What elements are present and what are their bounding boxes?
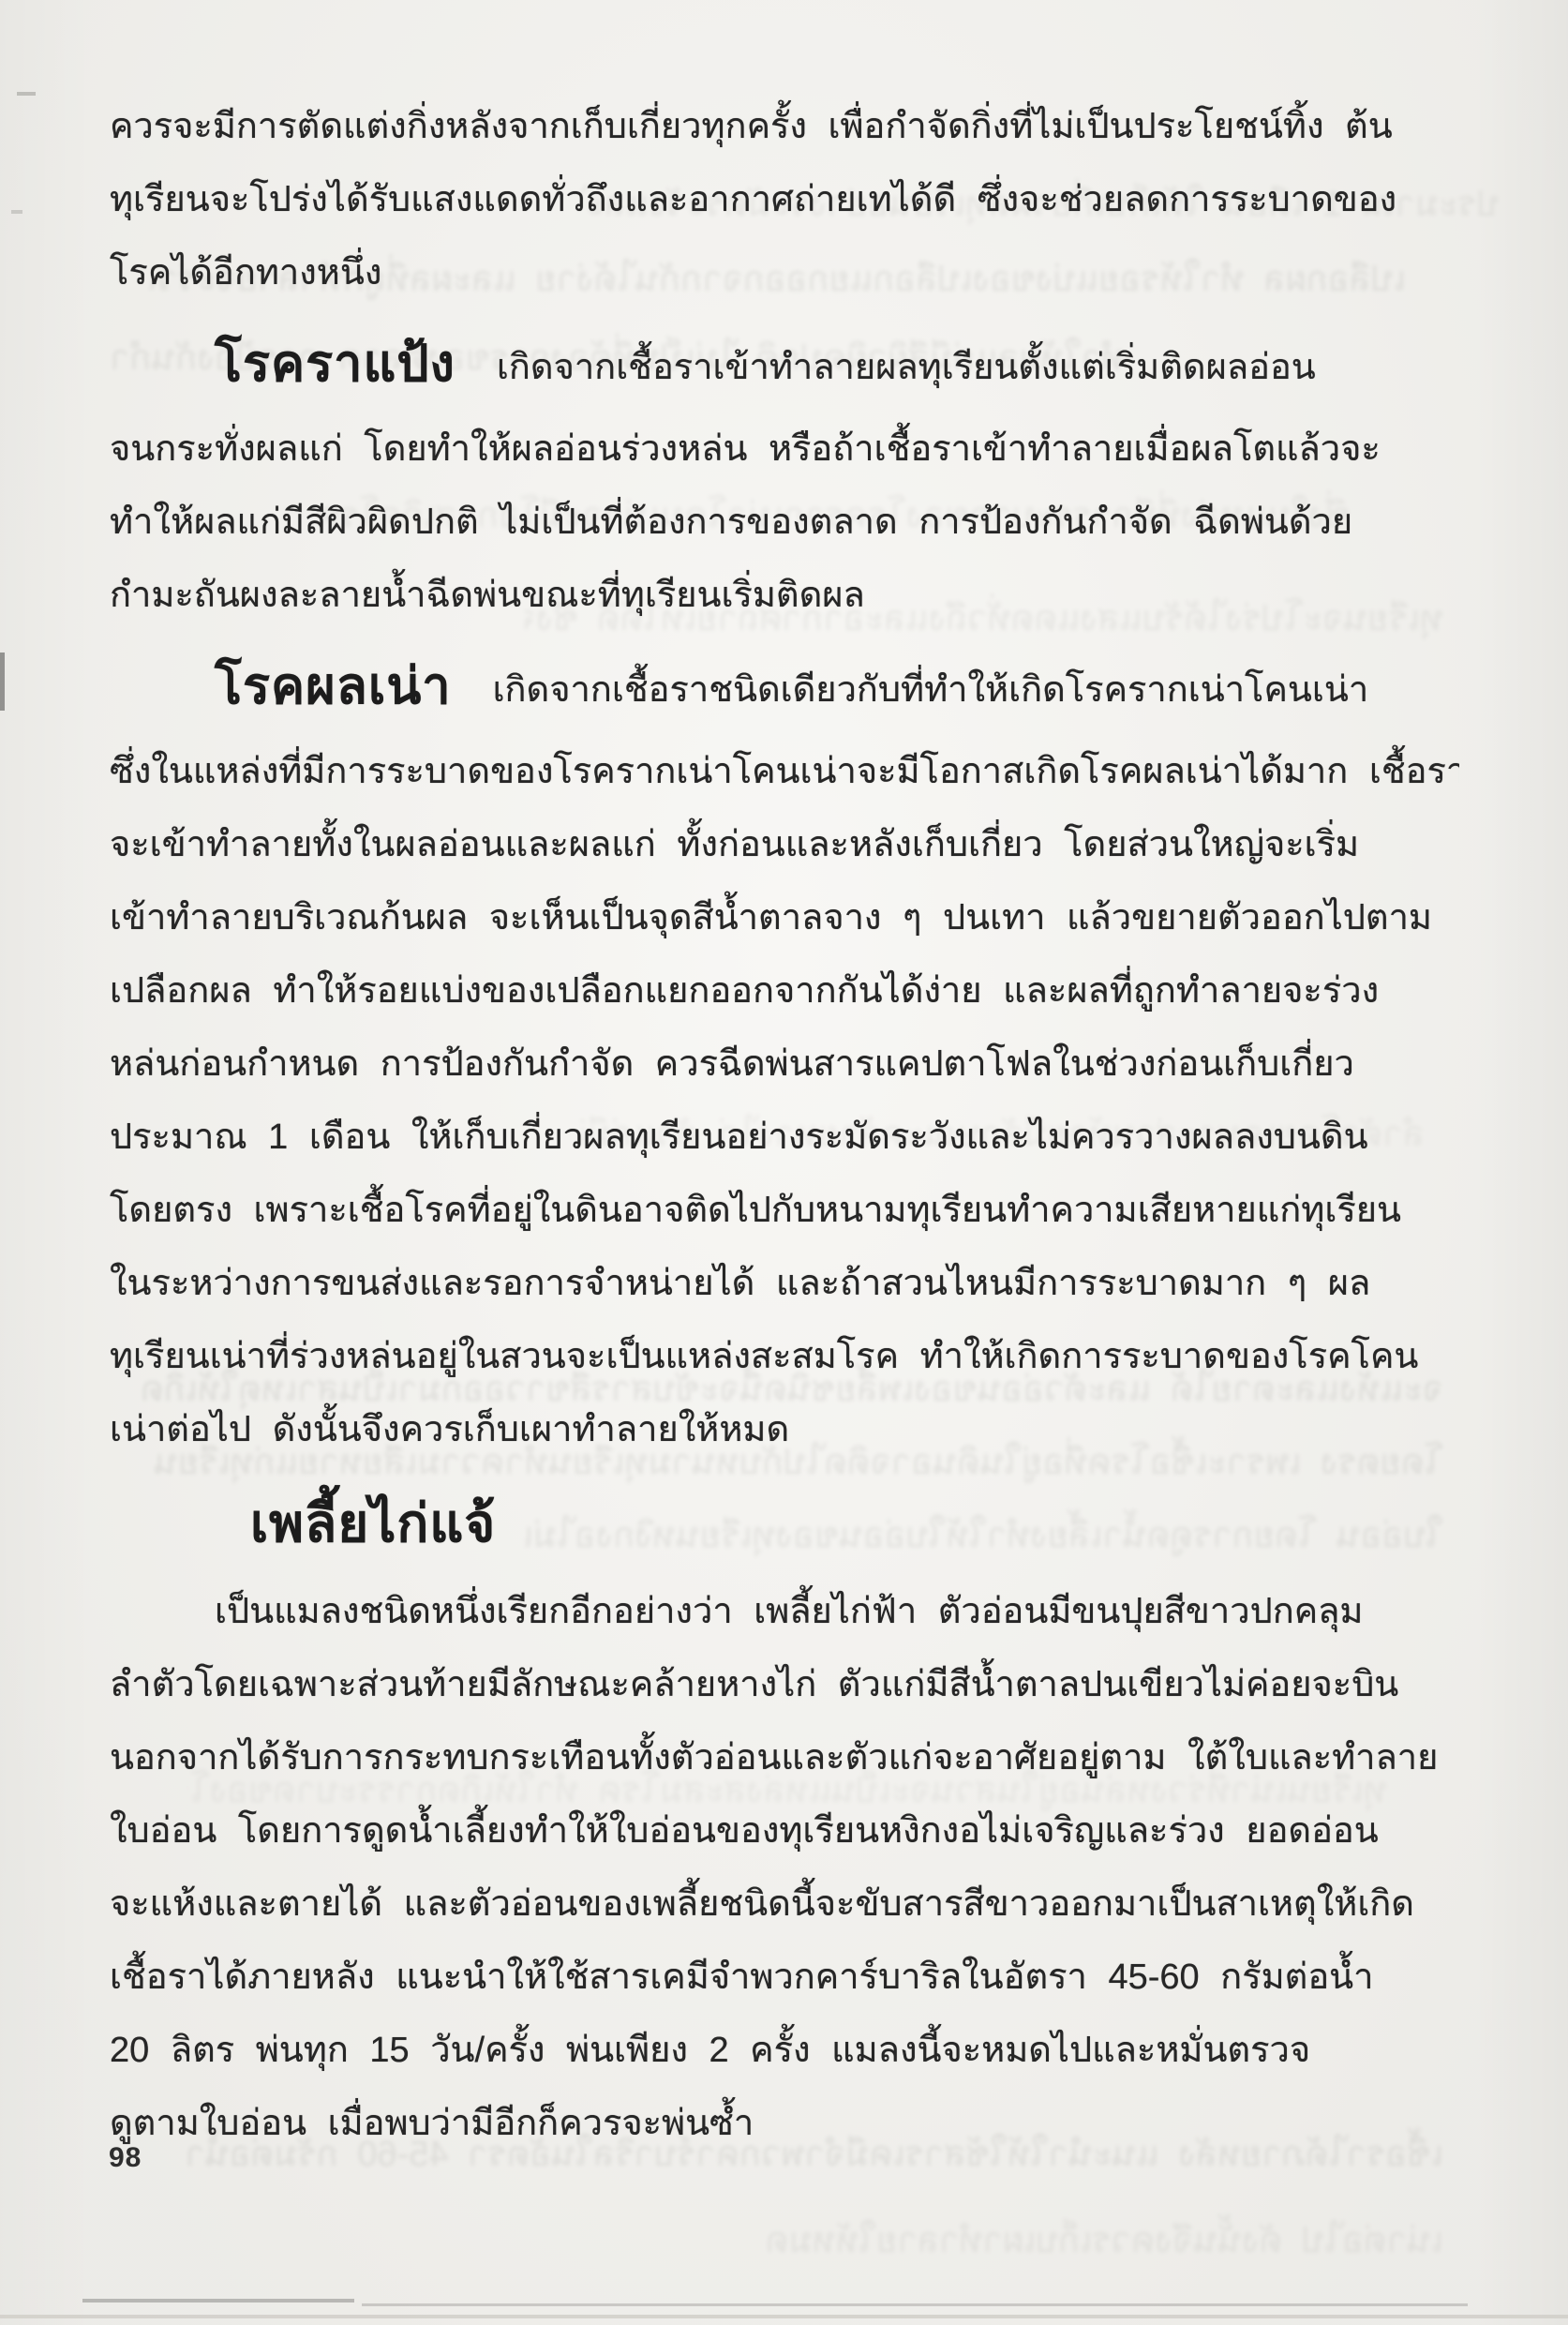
- scan-edge-line: [362, 2303, 1468, 2306]
- text-line: โดยตรง เพราะเชื้อโรคที่อยู่ในดินอาจติดไป…: [110, 1174, 1459, 1247]
- heading-powdery-mildew: โรคราแป้ง: [215, 336, 455, 392]
- section-powdery-mildew-lead-line: โรคราแป้งเกิดจากเชื้อราเข้าทำลายผลทุเรีย…: [110, 315, 1459, 412]
- text-line: จะแห้งและตายได้ และตัวอ่อนของเพลี้ยชนิดน…: [110, 1867, 1459, 1941]
- scan-artifact-mark: [0, 652, 5, 711]
- text-line: ลำตัวโดยเฉพาะส่วนท้ายมีลักษณะคล้ายหางไก่…: [110, 1648, 1459, 1721]
- scan-edge-line: [82, 2299, 354, 2302]
- text-line: กำมะถันผงละลายน้ำฉีดพ่นขณะที่ทุเรียนเริ่…: [110, 559, 1459, 632]
- text-line: ทุเรียนเน่าที่ร่วงหล่นอยู่ในสวนจะเป็นแหล…: [110, 1320, 1459, 1393]
- text-line: ประมาณ 1 เดือน ให้เก็บเกี่ยวผลทุเรียนอย่…: [110, 1101, 1459, 1174]
- section-lead-text: เกิดจากเชื้อราเข้าทำลายผลทุเรียนตั้งแต่เ…: [497, 348, 1316, 387]
- text-line: โรคได้อีกทางหนึ่ง: [110, 236, 1459, 309]
- text-line: นอกจากได้รับการกระทบกระเทือนทั้งตัวอ่อนแ…: [110, 1721, 1459, 1794]
- text-line: หล่นก่อนกำหนด การป้องกันกำจัด ควรฉีดพ่นส…: [110, 1027, 1459, 1101]
- scan-artifact-mark: [17, 92, 36, 96]
- text-line: เน่าต่อไป ดังนั้นจึงควรเก็บเผาทำลายให้หม…: [110, 1393, 1459, 1466]
- heading-fruit-rot: โรคผลเน่า: [215, 658, 452, 714]
- section-lead-text: เกิดจากเชื้อราชนิดเดียวกับที่ทำให้เกิดโร…: [493, 670, 1369, 710]
- text-line: เปลือกผล ทำให้รอยแบ่งของเปลือกแยกออกจากก…: [110, 954, 1459, 1027]
- text-line: เป็นแมลงชนิดหนึ่งเรียกอีกอย่างว่า เพลี้ย…: [110, 1575, 1459, 1648]
- text-line: ทุเรียนจะโปร่งได้รับแสงแดดทั่วถึงและอากา…: [110, 163, 1459, 236]
- text-line: จะเข้าทำลายทั้งในผลอ่อนและผลแก่ ทั้งก่อน…: [110, 808, 1459, 881]
- text-line: ทำให้ผลแก่มีสีผิวผิดปกติ ไม่เป็นที่ต้องก…: [110, 486, 1459, 559]
- heading-durian-psyllid: เพลี้ยไก่แจ้: [110, 1472, 1459, 1575]
- text-line: เข้าทำลายบริเวณก้นผล จะเห็นเป็นจุดสีน้ำต…: [110, 881, 1459, 954]
- scanned-page: ประมาณ 1 เดือน ให้เก็บเกี่ยวผลทุเรียนอย่…: [0, 0, 1568, 2325]
- text-line: ใบอ่อน โดยการดูดน้ำเลี้ยงทำให้ใบอ่อนของท…: [110, 1794, 1459, 1867]
- bleed-through-text: เน่าต่อไป ดังนั้นจึงควรเก็บเผาทำลายให้หม…: [581, 2212, 1443, 2269]
- page-number: 98: [109, 2142, 142, 2174]
- text-line: ในระหว่างการขนส่งและรอการจำหน่ายได้ และถ…: [110, 1247, 1459, 1320]
- scan-artifact-mark: [11, 210, 22, 214]
- section-fruit-rot-lead-line: โรคผลเน่าเกิดจากเชื้อราชนิดเดียวกับที่ทำ…: [110, 637, 1459, 735]
- text-line: ควรจะมีการตัดแต่งกิ่งหลังจากเก็บเกี่ยวทุ…: [110, 90, 1459, 163]
- text-line: 20 ลิตร พ่นทุก 15 วัน/ครั้ง พ่นเพียง 2 ค…: [110, 2014, 1459, 2087]
- text-line: ดูตามใบอ่อน เมื่อพบว่ามีอีกก็ควรจะพ่นซ้ำ: [110, 2087, 1459, 2160]
- text-line: จนกระทั่งผลแก่ โดยทำให้ผลอ่อนร่วงหล่น หร…: [110, 412, 1459, 486]
- text-line: ซึ่งในแหล่งที่มีการระบาดของโรครากเน่าโคน…: [110, 735, 1459, 808]
- text-column: ควรจะมีการตัดแต่งกิ่งหลังจากเก็บเกี่ยวทุ…: [110, 90, 1459, 2160]
- scan-edge-band: [0, 2315, 1568, 2318]
- text-line: เชื้อราได้ภายหลัง แนะนำให้ใช้สารเคมีจำพว…: [110, 1941, 1459, 2014]
